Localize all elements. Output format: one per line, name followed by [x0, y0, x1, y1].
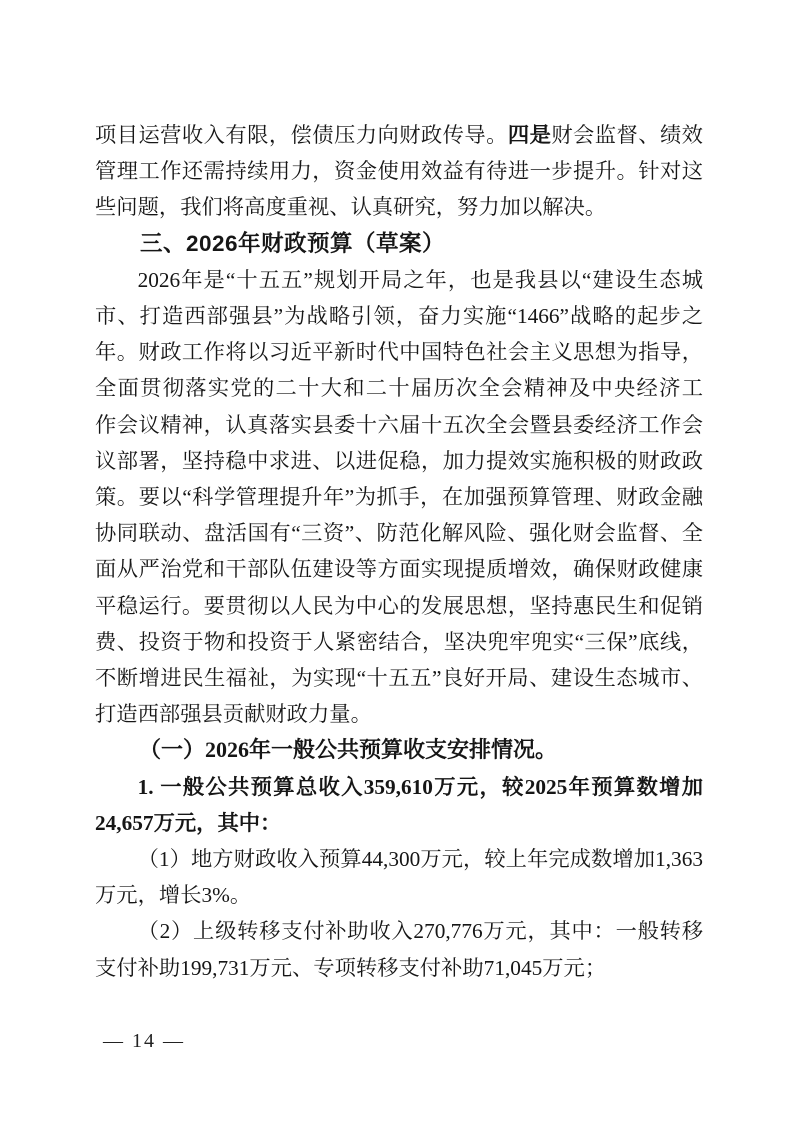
text-segment: 打造西部强县贡献财政力量。: [95, 702, 372, 726]
text-line: 管理工作还需持续用力，资金使用效益有待进一步提升。针对这: [95, 153, 703, 189]
text-segment: 管理工作还需持续用力，资金使用效益有待进一步提升。针对这: [95, 159, 703, 183]
text-segment: 平稳运行。要贯彻以人民为中心的发展思想，坚持惠民生和促销: [95, 594, 703, 618]
page-number: — 14 —: [103, 1030, 185, 1053]
text-segment: 费、投资于物和投资于人紧密结合，坚决兜牢兜实“三保”底线，: [95, 630, 703, 654]
text-line: 年。财政工作将以习近平新时代中国特色社会主义思想为指导，: [95, 334, 703, 370]
heading-section-3: 三、2026年财政预算（草案）: [95, 226, 703, 262]
text-line: 三、2026年财政预算（草案）: [95, 226, 703, 262]
text-segment: 不断增进民生福祉，为实现“十五五”良好开局、建设生态城市、: [95, 666, 703, 690]
text-segment: （1）地方财政收入预算44,300万元，较上年完成数增加1,363: [138, 847, 703, 871]
text-line: （1）地方财政收入预算44,300万元，较上年完成数增加1,363: [95, 841, 703, 877]
text-line: 24,657万元，其中：: [95, 805, 703, 841]
text-line: 作会议精神，认真落实县委十六届十五次全会暨县委经济工作会: [95, 407, 703, 443]
heading-subsection-1: （一）2026年一般公共预算收支安排情况。: [95, 732, 703, 768]
text-line: 策。要以“科学管理提升年”为抓手，在加强预算管理、财政金融: [95, 479, 703, 515]
text-line: 2026年是“十五五”规划开局之年，也是我县以“建设生态城: [95, 262, 703, 298]
text-segment: 年。财政工作将以习近平新时代中国特色社会主义思想为指导，: [95, 340, 703, 364]
text-line: （2）上级转移支付补助收入270,776万元，其中：一般转移: [95, 913, 703, 949]
text-segment: 作会议精神，认真落实县委十六届十五次全会暨县委经济工作会: [95, 413, 703, 437]
text-segment: 市、打造西部强县”为战略引领，奋力实施“1466”战略的起步之: [95, 304, 703, 328]
text-line: 项目运营收入有限，偿债压力向财政传导。四是财会监督、绩效: [95, 117, 703, 153]
text-line: 议部署，坚持稳中求进、以进促稳，加力提效实施积极的财政政: [95, 443, 703, 479]
document-page: 项目运营收入有限，偿债压力向财政传导。四是财会监督、绩效管理工作还需持续用力，资…: [0, 0, 793, 1122]
document-body: 项目运营收入有限，偿债压力向财政传导。四是财会监督、绩效管理工作还需持续用力，资…: [95, 117, 703, 986]
text-segment: 财会监督、绩效: [551, 123, 703, 147]
text-segment: 三、2026年财政预算（草案）: [140, 231, 445, 256]
text-line: 万元，增长3%。: [95, 877, 703, 913]
text-segment: 支付补助199,731万元、专项转移支付补助71,045万元；: [95, 956, 606, 980]
text-line: （一）2026年一般公共预算收支安排情况。: [95, 732, 703, 768]
text-line: 打造西部强县贡献财政力量。: [95, 696, 703, 732]
paragraph-issues-conclusion: 项目运营收入有限，偿债压力向财政传导。四是财会监督、绩效管理工作还需持续用力，资…: [95, 117, 703, 226]
text-line: 协同联动、盘活国有“三资”、防范化解风险、强化财会监督、全: [95, 515, 703, 551]
text-line: 支付补助199,731万元、专项转移支付补助71,045万元；: [95, 950, 703, 986]
text-segment: 策。要以“科学管理提升年”为抓手，在加强预算管理、财政金融: [95, 485, 703, 509]
text-segment: 议部署，坚持稳中求进、以进促稳，加力提效实施积极的财政政: [95, 449, 703, 473]
text-segment: 万元，增长3%。: [95, 883, 251, 907]
text-segment: （2）上级转移支付补助收入270,776万元，其中：一般转移: [138, 919, 703, 943]
text-segment: （一）2026年一般公共预算收支安排情况。: [139, 737, 557, 762]
text-segment: 协同联动、盘活国有“三资”、防范化解风险、强化财会监督、全: [95, 521, 703, 545]
text-segment: 2026年是“十五五”规划开局之年，也是我县以“建设生态城: [138, 268, 703, 292]
text-line: 不断增进民生福祉，为实现“十五五”良好开局、建设生态城市、: [95, 660, 703, 696]
text-line: 1. 一般公共预算总收入359,610万元，较2025年预算数增加: [95, 769, 703, 805]
text-segment: 1. 一般公共预算总收入359,610万元，较2025年预算数增加: [138, 775, 703, 799]
text-line: 些问题，我们将高度重视、认真研究，努力加以解决。: [95, 189, 703, 225]
text-segment: 面从严治党和干部队伍建设等方面实现提质增效，确保财政健康: [95, 557, 703, 581]
text-line: 平稳运行。要贯彻以人民为中心的发展思想，坚持惠民生和促销: [95, 588, 703, 624]
paragraph-total-revenue: 1. 一般公共预算总收入359,610万元，较2025年预算数增加24,657万…: [95, 769, 703, 841]
paragraph-2026-outlook: 2026年是“十五五”规划开局之年，也是我县以“建设生态城市、打造西部强县”为战…: [95, 262, 703, 733]
text-segment: 项目运营收入有限，偿债压力向财政传导。: [95, 123, 508, 147]
text-line: 全面贯彻落实党的二十大和二十届历次全会精神及中央经济工: [95, 370, 703, 406]
paragraph-local-revenue: （1）地方财政收入预算44,300万元，较上年完成数增加1,363万元，增长3%…: [95, 841, 703, 913]
text-segment: 全面贯彻落实党的二十大和二十届历次全会精神及中央经济工: [95, 376, 703, 400]
text-segment: 些问题，我们将高度重视、认真研究，努力加以解决。: [95, 195, 606, 219]
text-line: 市、打造西部强县”为战略引领，奋力实施“1466”战略的起步之: [95, 298, 703, 334]
text-segment: 24,657万元，其中：: [95, 811, 281, 835]
emphasis-text: 四是: [508, 123, 551, 147]
text-line: 费、投资于物和投资于人紧密结合，坚决兜牢兜实“三保”底线，: [95, 624, 703, 660]
text-line: 面从严治党和干部队伍建设等方面实现提质增效，确保财政健康: [95, 551, 703, 587]
paragraph-transfer-payments: （2）上级转移支付补助收入270,776万元，其中：一般转移支付补助199,73…: [95, 913, 703, 985]
